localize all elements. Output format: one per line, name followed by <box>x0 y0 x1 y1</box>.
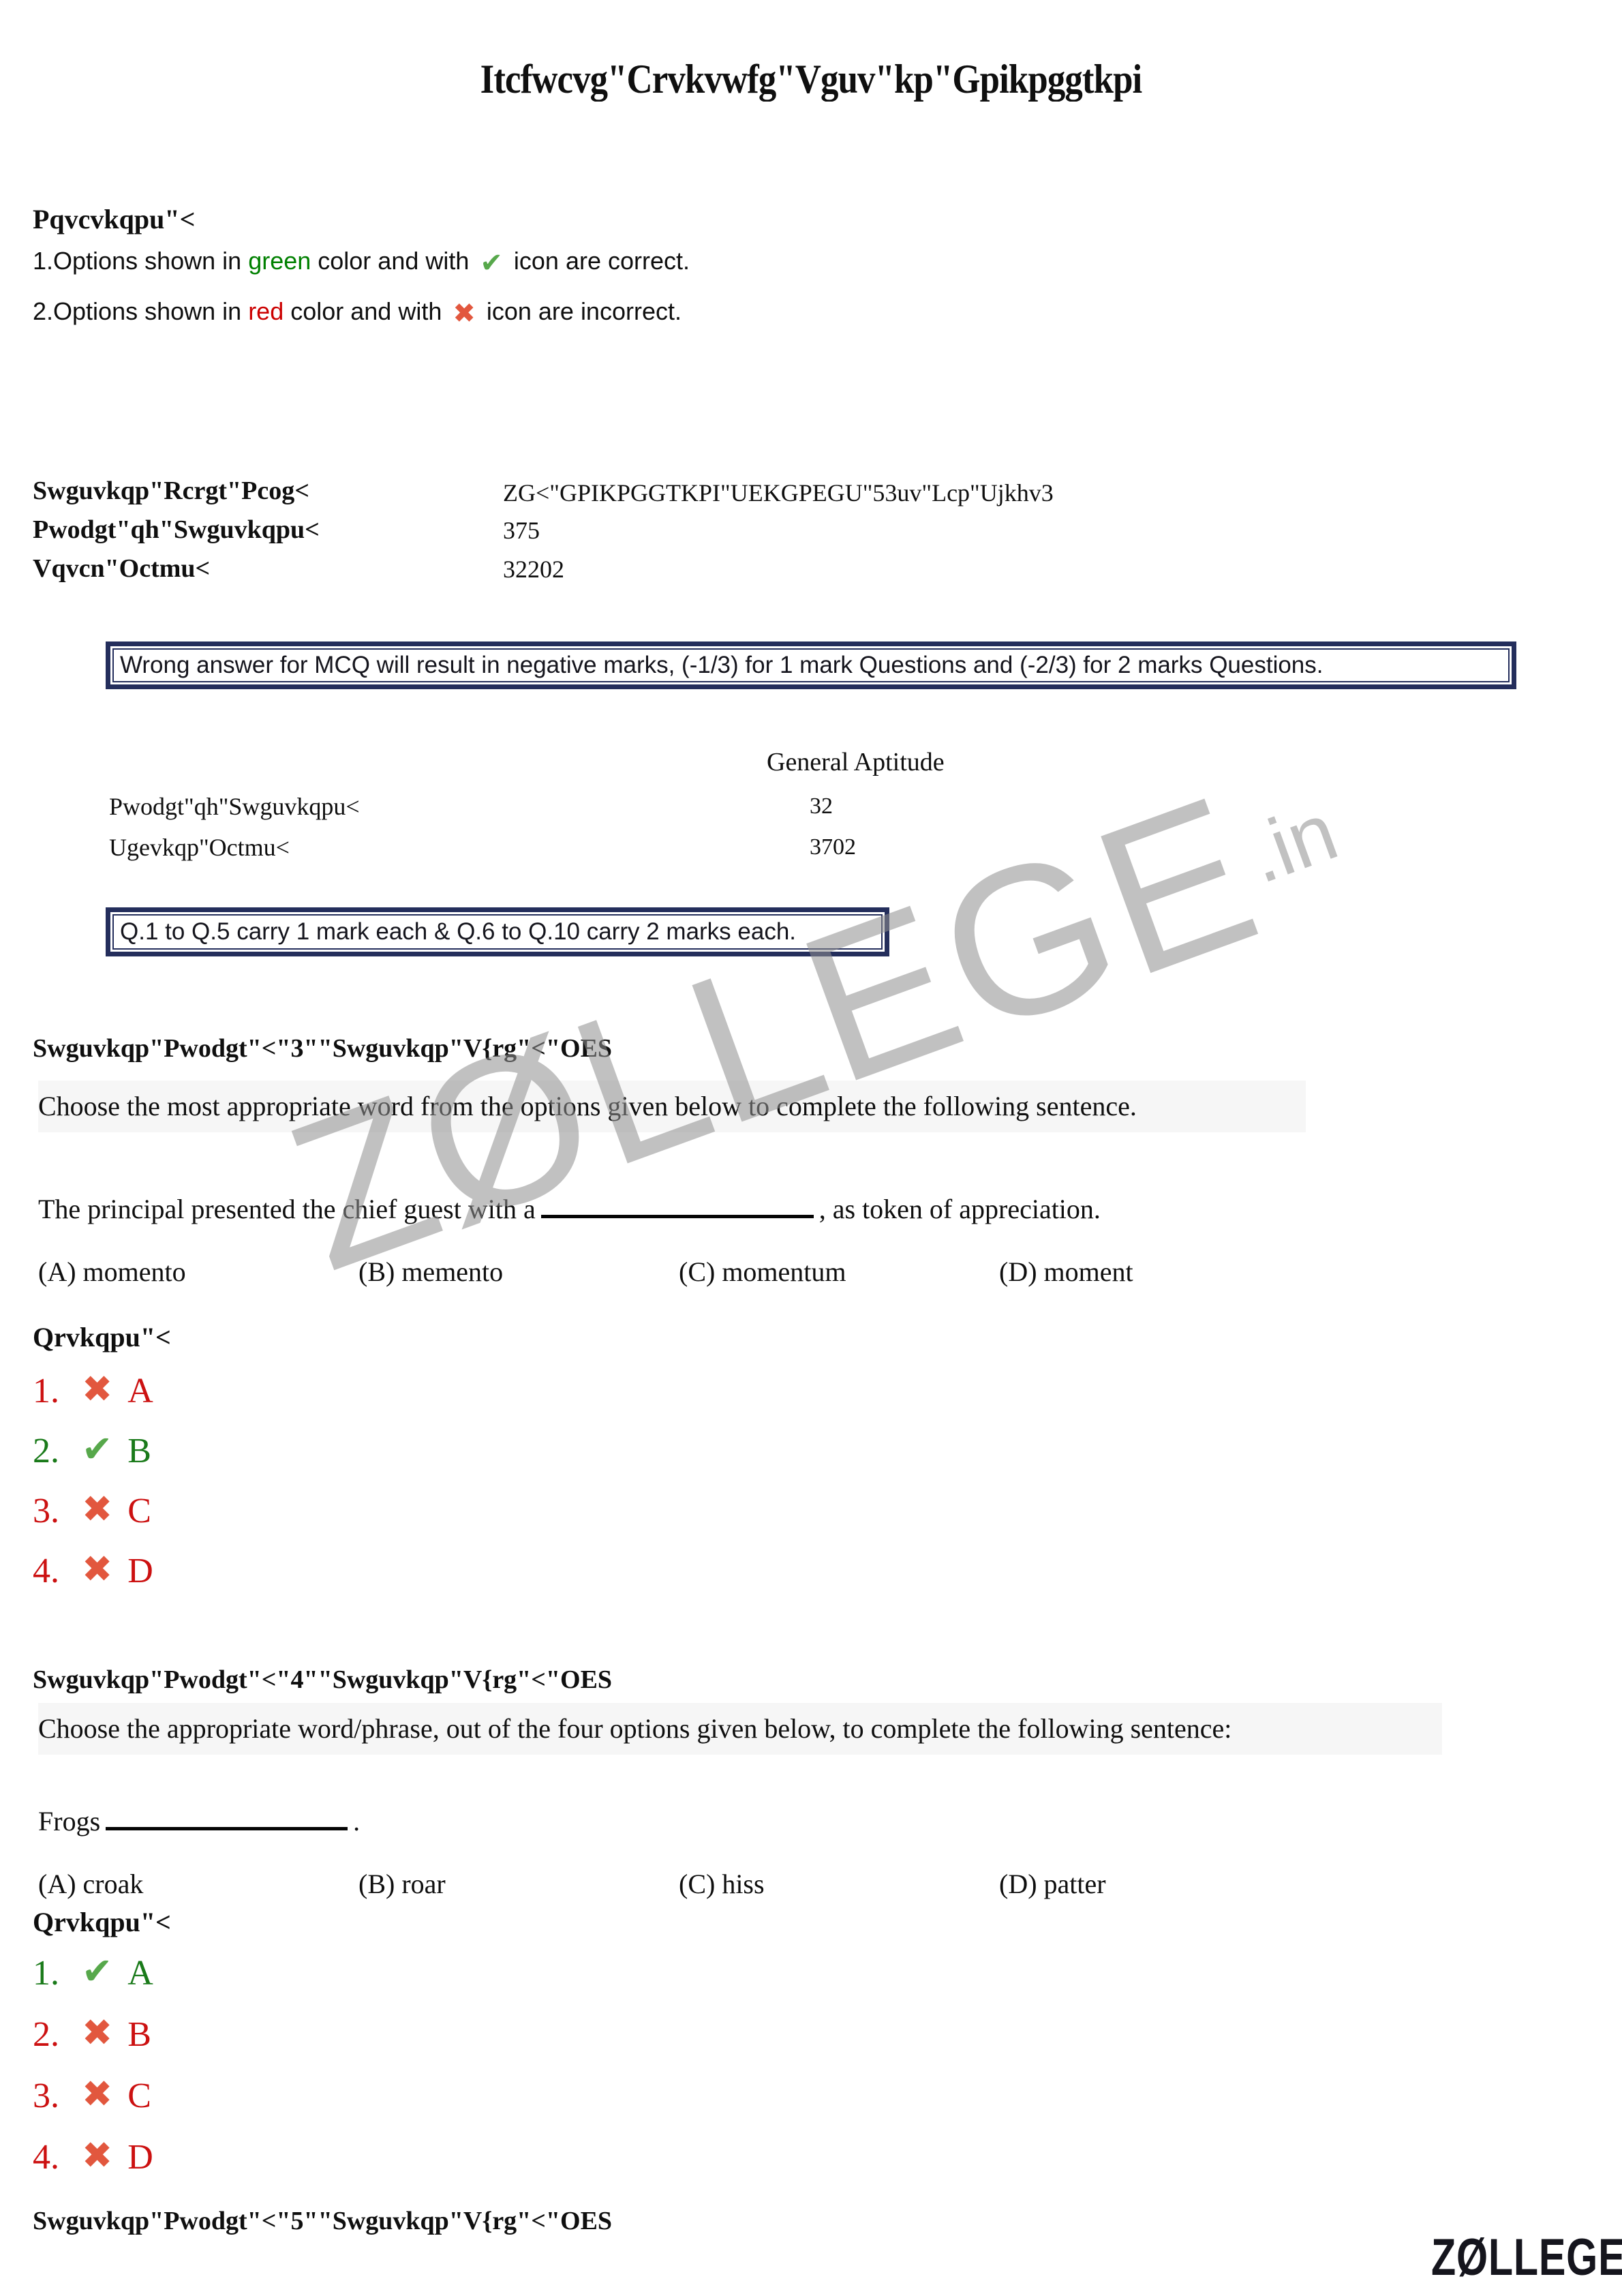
option-row: 4. ✖ D <box>33 2135 153 2179</box>
question-2-choices: (A) croak (B) roar (C) hiss (D) patter <box>38 1868 1319 1900</box>
question-1-header: Swguvkqp"Pwodgt"<"3""Swguvkqp"V{rg"<"OES <box>33 1033 612 1063</box>
choice-d: (D) moment <box>999 1256 1319 1288</box>
option-letter: D <box>127 2137 153 2177</box>
option-row: 4. ✖ D <box>33 1549 153 1592</box>
option-row: 2. ✔ B <box>33 1429 151 1472</box>
zollege-logo: ZØLLEGE.in <box>1431 2228 1622 2287</box>
check-icon: ✔ <box>476 248 507 278</box>
choice-c: (C) hiss <box>679 1868 999 1900</box>
cross-icon: ✖ <box>448 299 480 329</box>
section-heading: General Aptitude <box>767 747 945 777</box>
question-2-body: Choose the appropriate word/phrase, out … <box>38 1703 1442 1755</box>
total-marks-value: 32202 <box>503 555 564 584</box>
question-2-sentence: Frogs. <box>38 1805 360 1837</box>
paper-name-value: ZG<"GPIKPGGTKPI"UEKGPEGU"53uv"Lcp"Ujkhv3 <box>503 479 1054 507</box>
notations-heading: Pqvcvkqpu"< <box>33 203 195 235</box>
question-2-sentence-suffix: . <box>353 1806 360 1837</box>
notation-2-prefix: 2.Options shown in <box>33 297 248 325</box>
section-question-count-value: 32 <box>810 794 833 819</box>
question-2-sentence-prefix: Frogs <box>38 1806 100 1837</box>
red-word: red <box>248 297 284 325</box>
cross-icon: ✖ <box>82 2072 112 2115</box>
option-letter: C <box>127 2076 151 2116</box>
option-number: 1. <box>33 1953 72 1993</box>
option-row: 2. ✖ B <box>33 2012 151 2056</box>
page-title: Itcfwcvg"Crvkvwfg"Vguv"kp"Gpikpggtkpi <box>97 56 1525 103</box>
option-number: 3. <box>33 2076 72 2116</box>
check-icon: ✔ <box>82 1950 112 1993</box>
question-3-header: Swguvkqp"Pwodgt"<"5""Swguvkqp"V{rg"<"OES <box>33 2206 612 2236</box>
question-1-sentence-prefix: The principal presented the chief guest … <box>38 1194 536 1224</box>
negative-marks-warning-box: Wrong answer for MCQ will result in nega… <box>106 641 1516 689</box>
choice-d: (D) patter <box>999 1868 1319 1900</box>
marks-note-text: Q.1 to Q.5 carry 1 mark each & Q.6 to Q.… <box>120 918 796 946</box>
cross-icon: ✖ <box>82 2011 112 2054</box>
question-count-label: Pwodgt"qh"Swguvkqpu< <box>33 515 320 545</box>
question-1-options-heading: Qrvkqpu"< <box>33 1321 171 1353</box>
choice-c: (C) momentum <box>679 1256 999 1288</box>
cross-icon: ✖ <box>82 2134 112 2177</box>
option-number: 4. <box>33 1551 72 1591</box>
notation-line-correct: 1.Options shown in green color and with … <box>33 247 690 279</box>
option-row: 3. ✖ C <box>33 2074 151 2117</box>
choice-a: (A) momento <box>38 1256 358 1288</box>
negative-marks-warning-text: Wrong answer for MCQ will result in nega… <box>120 652 1323 679</box>
option-letter: B <box>127 1431 151 1471</box>
exam-answer-key-page: Itcfwcvg"Crvkvwfg"Vguv"kp"Gpikpggtkpi Pq… <box>0 0 1622 2296</box>
question-1-choices: (A) momento (B) memento (C) momentum (D)… <box>38 1256 1319 1288</box>
question-2-header: Swguvkqp"Pwodgt"<"4""Swguvkqp"V{rg"<"OES <box>33 1665 612 1695</box>
blank-line <box>106 1806 348 1830</box>
watermark-suffix: .in <box>1236 784 1349 902</box>
notation-2-middle: color and with <box>284 297 448 325</box>
section-marks-label: Ugevkqp"Octmu< <box>109 833 290 862</box>
section-question-count-label: Pwodgt"qh"Swguvkqpu< <box>109 792 360 821</box>
option-letter: A <box>127 1953 153 1993</box>
choice-b: (B) roar <box>358 1868 679 1900</box>
total-marks-label: Vqvcn"Octmu< <box>33 554 210 584</box>
logo-text: ZØLLEGE <box>1431 2229 1622 2286</box>
option-letter: B <box>127 2014 151 2055</box>
choice-a: (A) croak <box>38 1868 358 1900</box>
option-number: 2. <box>33 2014 72 2055</box>
option-number: 3. <box>33 1491 72 1531</box>
option-row: 3. ✖ C <box>33 1489 151 1532</box>
choice-b: (B) memento <box>358 1256 679 1288</box>
notation-1-prefix: 1.Options shown in <box>33 247 248 275</box>
option-row: 1. ✖ A <box>33 1369 153 1413</box>
green-word: green <box>248 247 311 275</box>
option-number: 4. <box>33 2137 72 2177</box>
blank-line <box>541 1194 814 1218</box>
question-1-body: Choose the most appropriate word from th… <box>38 1081 1306 1132</box>
cross-icon: ✖ <box>82 1547 112 1590</box>
check-icon: ✔ <box>82 1428 112 1470</box>
section-marks-value: 3702 <box>810 834 856 860</box>
option-number: 1. <box>33 1371 72 1411</box>
option-letter: A <box>127 1371 153 1411</box>
marks-note-box: Q.1 to Q.5 carry 1 mark each & Q.6 to Q.… <box>106 907 889 956</box>
option-row: 1. ✔ A <box>33 1951 153 1995</box>
option-number: 2. <box>33 1431 72 1471</box>
cross-icon: ✖ <box>82 1487 112 1530</box>
option-letter: D <box>127 1551 153 1591</box>
notation-1-suffix: icon are correct. <box>507 247 690 275</box>
notation-1-middle: color and with <box>311 247 476 275</box>
notation-line-incorrect: 2.Options shown in red color and with ✖ … <box>33 297 682 329</box>
question-1-sentence-suffix: , as token of appreciation. <box>819 1194 1101 1224</box>
question-1-sentence: The principal presented the chief guest … <box>38 1193 1101 1225</box>
watermark-text: ZØLLEGE <box>261 746 1287 1318</box>
notation-2-suffix: icon are incorrect. <box>480 297 682 325</box>
option-letter: C <box>127 1491 151 1531</box>
question-2-options-heading: Qrvkqpu"< <box>33 1906 171 1938</box>
question-count-value: 375 <box>503 516 540 545</box>
paper-name-label: Swguvkqp"Rcrgt"Pcog< <box>33 476 309 506</box>
cross-icon: ✖ <box>82 1368 112 1410</box>
